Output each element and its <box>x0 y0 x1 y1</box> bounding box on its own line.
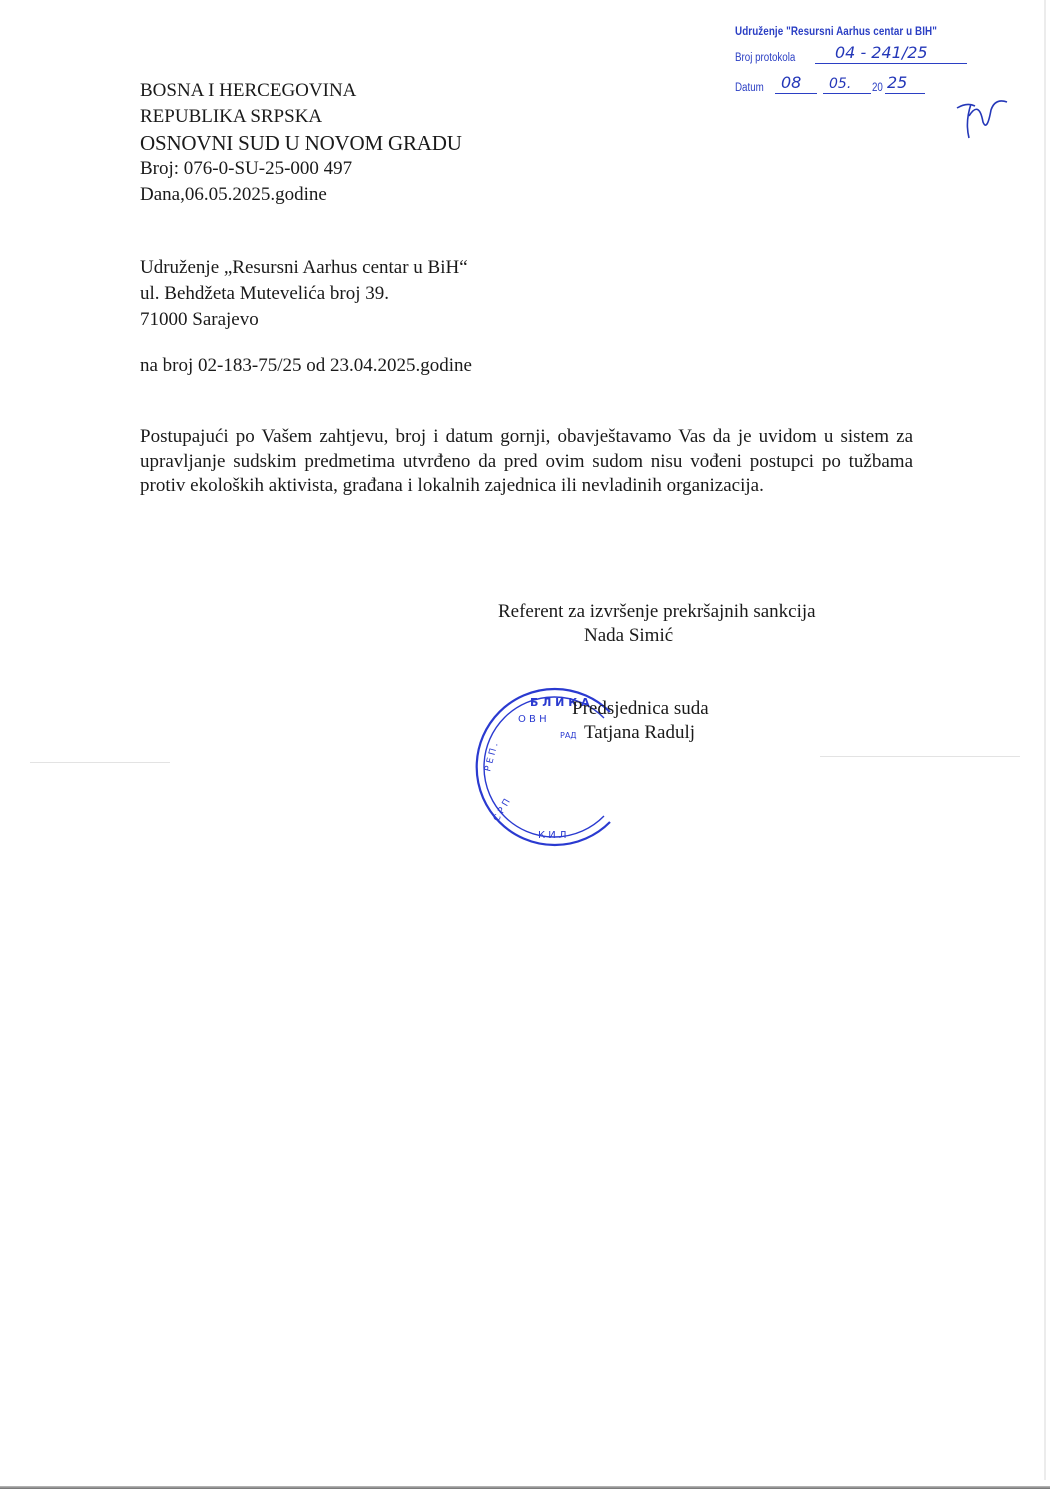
court-header: BOSNA I HERCEGOVINA REPUBLIKA SRPSKA OSN… <box>140 78 462 208</box>
document-page: Udruženje "Resursni Aarhus centar u BIH"… <box>0 0 1058 1496</box>
signature-title: Referent za izvršenje prekršajnih sankci… <box>498 600 816 624</box>
svg-text:К И Л: К И Л <box>538 830 566 841</box>
date-year-suffix: 25 <box>887 73 907 92</box>
signature-block-referent: Referent za izvršenje prekršajnih sankci… <box>498 600 816 648</box>
protocol-value: 04 - 241/25 <box>835 43 928 62</box>
registry-stamp-organization: Udruženje "Resursni Aarhus centar u BIH" <box>735 24 973 38</box>
signature-name: Nada Simić <box>498 624 816 648</box>
handwritten-initials-icon <box>955 92 1015 142</box>
date-day: 08 <box>781 73 801 92</box>
date-year-prefix: 20 <box>872 82 883 94</box>
scan-mark <box>30 762 170 763</box>
header-number: Broj: 076-0-SU-25-000 497 <box>140 156 462 182</box>
registry-stamp: Udruženje "Resursni Aarhus centar u BIH"… <box>735 24 1025 98</box>
scan-mark <box>820 756 1020 757</box>
recipient-city: 71000 Sarajevo <box>140 307 468 333</box>
signature-block-president: Predsjednica suda Tatjana Radulj <box>572 697 709 745</box>
scan-edge-bottom <box>0 1486 1050 1489</box>
signature-title: Predsjednica suda <box>572 697 709 721</box>
protocol-label: Broj protokola <box>735 52 795 64</box>
recipient-name: Udruženje „Resursni Aarhus centar u BiH“ <box>140 255 468 281</box>
recipient-address: Udruženje „Resursni Aarhus centar u BiH“… <box>140 255 468 333</box>
svg-text:С Р П: С Р П <box>492 798 513 824</box>
date-year-underline <box>885 93 925 94</box>
date-month: 05. <box>829 76 851 92</box>
svg-text:Р Е П .: Р Е П . <box>483 742 500 773</box>
header-court: OSNOVNI SUD U NOVOM GRADU <box>140 130 462 156</box>
letter-body: Postupajući po Vašem zahtjevu, broj i da… <box>140 425 913 499</box>
registry-protocol-row: Broj protokola 04 - 241/25 <box>735 38 1025 68</box>
scan-edge-right <box>1044 0 1046 1480</box>
header-date: Dana,06.05.2025.godine <box>140 182 462 208</box>
date-label: Datum <box>735 82 764 94</box>
protocol-underline <box>815 63 967 64</box>
header-country: BOSNA I HERCEGOVINA <box>140 78 462 104</box>
date-day-underline <box>775 93 817 94</box>
recipient-street: ul. Behdžeta Mutevelića broj 39. <box>140 281 468 307</box>
date-month-underline <box>823 93 871 94</box>
header-entity: REPUBLIKA SRPSKA <box>140 104 462 130</box>
signature-name: Tatjana Radulj <box>572 721 709 745</box>
svg-text:О В Н: О В Н <box>518 714 547 725</box>
reference-line: na broj 02-183-75/25 od 23.04.2025.godin… <box>140 355 472 377</box>
